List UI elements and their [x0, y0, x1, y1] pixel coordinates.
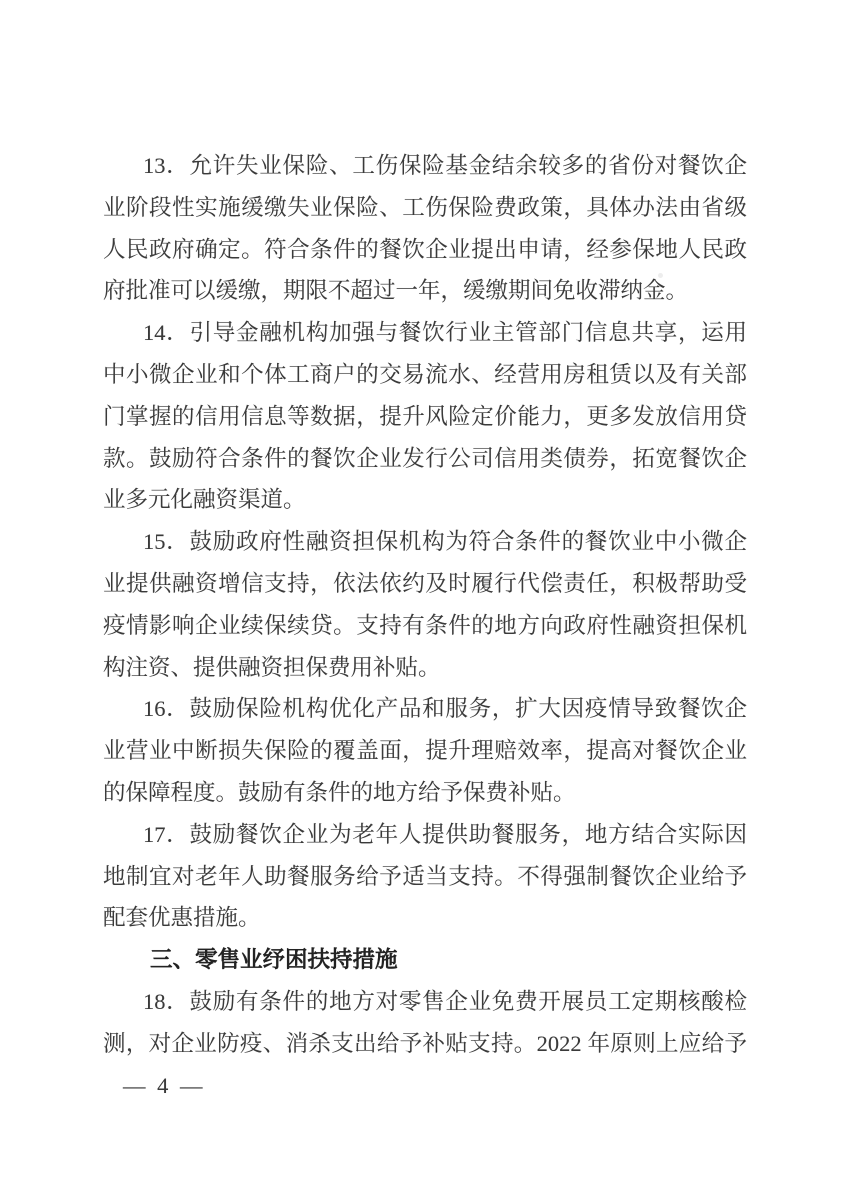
page-number: — 4 — [103, 1065, 747, 1107]
section-heading-retail-relief: 三、零售业纾困扶持措施 [103, 939, 747, 981]
paragraph-item-14: 14．引导金融机构加强与餐饮行业主管部门信息共享，运用中小微企业和个体工商户的交… [103, 312, 747, 521]
paragraph-item-17: 17．鼓励餐饮企业为老年人提供助餐服务，地方结合实际因地制宜对老年人助餐服务给予… [103, 814, 747, 939]
document-body: 13．允许失业保险、工伤保险基金结余较多的省份对餐饮企业阶段性实施缓缴失业保险、… [103, 145, 747, 1106]
paragraph-item-13: 13．允许失业保险、工伤保险基金结余较多的省份对餐饮企业阶段性实施缓缴失业保险、… [103, 145, 747, 312]
paragraph-item-16: 16．鼓励保险机构优化产品和服务，扩大因疫情导致餐饮企业营业中断损失保险的覆盖面… [103, 688, 747, 813]
paragraph-item-18: 18．鼓励有条件的地方对零售企业免费开展员工定期核酸检测，对企业防疫、消杀支出给… [103, 981, 747, 1065]
paragraph-item-15: 15．鼓励政府性融资担保机构为符合条件的餐饮业中小微企业提供融资增信支持，依法依… [103, 521, 747, 688]
document-page: 13．允许失业保险、工伤保险基金结余较多的省份对餐饮企业阶段性实施缓缴失业保险、… [0, 0, 849, 1200]
